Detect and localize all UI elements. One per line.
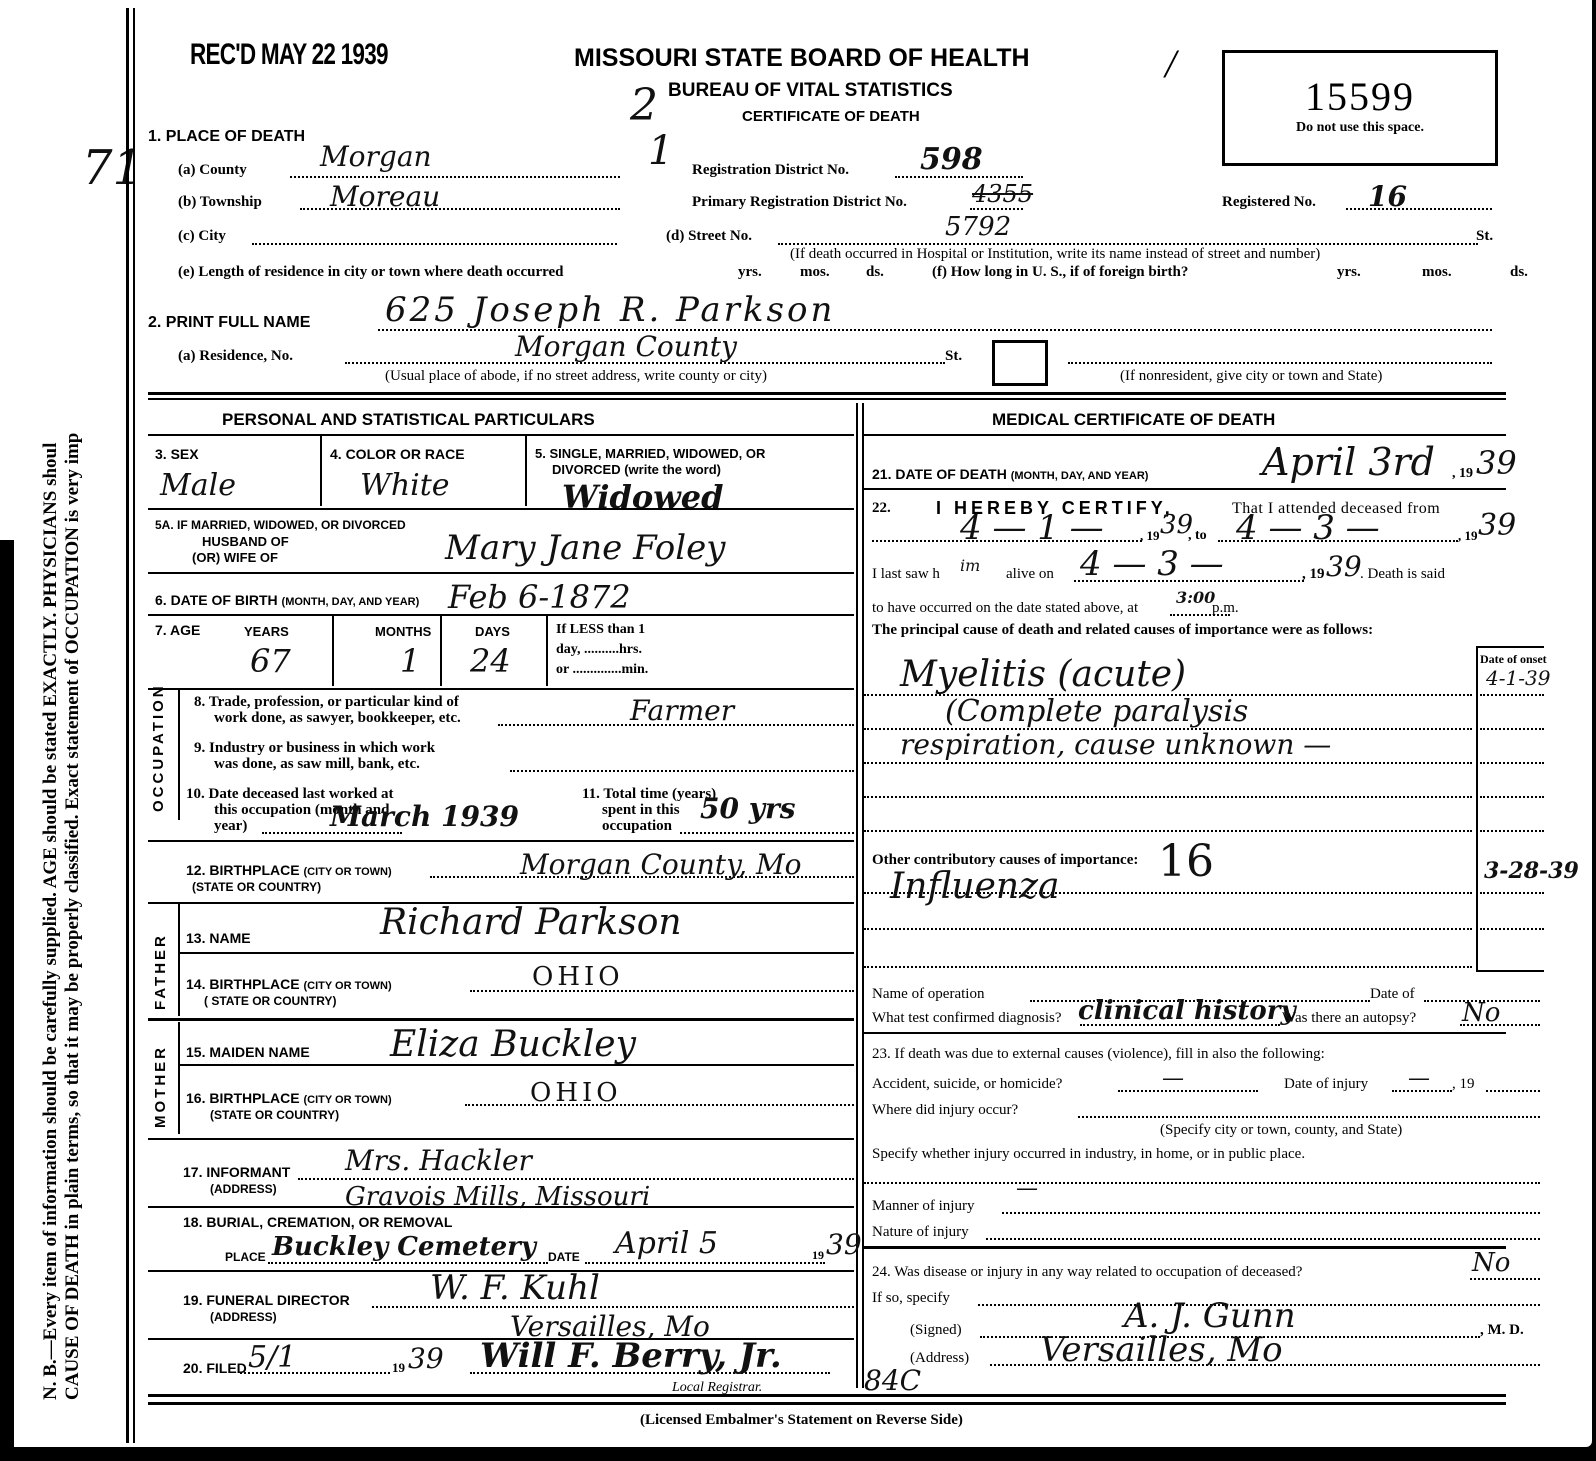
divider	[332, 616, 334, 686]
ds-label: ds.	[866, 264, 884, 281]
trade-label: 8. Trade, profession, or particular kind…	[194, 694, 459, 711]
injury-place-type-label: Specify whether injury occurred in indus…	[872, 1146, 1305, 1163]
registrar-signature: Will F. Berry, Jr.	[480, 1336, 782, 1376]
rule	[148, 614, 854, 616]
injury-year-field[interactable]	[1486, 1090, 1540, 1092]
accident-value: —	[1162, 1066, 1184, 1091]
cause-intro: The principal cause of death and related…	[872, 622, 1373, 639]
street-note: (If death occurred in Hospital or Instit…	[790, 246, 1320, 263]
residence-value: Morgan County	[515, 330, 737, 363]
last-saw-pronoun: im	[960, 556, 980, 575]
autopsy-value: No	[1462, 998, 1500, 1028]
date-of-death-value: April 3rd	[1262, 440, 1435, 484]
operation-date-label: Date of	[1370, 986, 1415, 1003]
accident-label: Accident, suicide, or homicide?	[872, 1076, 1062, 1093]
cause-line-3[interactable]	[864, 762, 1472, 764]
time-of-death-label: to have occurred on the date stated abov…	[872, 600, 1138, 617]
rule	[148, 840, 854, 842]
township-value: Moreau	[330, 180, 440, 213]
total-time-label: 11. Total time (years)	[582, 786, 716, 803]
birthplace-value: Morgan County, Mo	[520, 848, 802, 881]
occupation-side-label: OCCUPATION	[150, 683, 167, 812]
injury-location-field[interactable]	[1078, 1116, 1540, 1118]
rule	[864, 488, 1506, 490]
file-note: Do not use this space.	[1225, 120, 1495, 136]
funeral-address-label: (ADDRESS)	[210, 1310, 277, 1324]
last-saw-year-prefix: , 19	[1302, 566, 1325, 583]
onset-line-1[interactable]	[1480, 694, 1544, 696]
if-so-specify-label: If so, specify	[872, 1290, 950, 1307]
city-label: (c) City	[178, 228, 226, 245]
mother-name-value: Eliza Buckley	[390, 1024, 636, 1065]
burial-year-prefix: 19	[812, 1248, 824, 1263]
divider	[178, 1022, 180, 1134]
time-of-death-value: 3:00	[1176, 588, 1215, 607]
embalmer-note: (Licensed Embalmer's Statement on Revers…	[640, 1412, 963, 1429]
burial-date-value: April 5	[615, 1226, 718, 1261]
md-label: , M. D.	[1480, 1322, 1524, 1339]
attended-to-value: 4 — 3 —	[1236, 508, 1380, 548]
burial-year-value: 39	[826, 1228, 862, 1261]
cause-line-4[interactable]	[864, 796, 1472, 798]
burial-place-label: PLACE	[225, 1250, 266, 1264]
total-time-field[interactable]	[680, 832, 854, 834]
occupation-related-value: No	[1472, 1248, 1510, 1278]
divider	[440, 616, 442, 686]
to-year-value: 39	[1478, 508, 1516, 543]
onset-label: Date of onset	[1480, 652, 1547, 667]
medical-heading: MEDICAL CERTIFICATE OF DEATH	[992, 410, 1275, 430]
father-name-label: 13. NAME	[186, 930, 251, 946]
divider	[546, 616, 548, 686]
trade-value: Farmer	[630, 694, 734, 727]
birthplace-label-text: 12. BIRTHPLACE	[186, 862, 300, 878]
primary-registration-label: Primary Registration District No.	[692, 194, 907, 211]
annotation-mark: 2	[630, 80, 658, 131]
full-name-value: 625 Joseph R. Parkson	[385, 290, 835, 330]
wife-of-label: (OR) WIFE OF	[192, 550, 278, 565]
rule	[864, 434, 1506, 436]
rule	[148, 1402, 1506, 1405]
dob-sub: (MONTH, DAY, AND YEAR)	[282, 596, 420, 608]
rule	[148, 688, 854, 690]
residence-label: (a) Residence, No.	[178, 348, 293, 365]
father-birthplace-label: 14. BIRTHPLACE (CITY OR TOWN)	[186, 976, 392, 992]
other-onset-line-2[interactable]	[1480, 928, 1544, 930]
father-birthplace-label-text: 14. BIRTHPLACE	[186, 976, 300, 992]
residence-box	[992, 340, 1048, 386]
marital-label-sub: DIVORCED (write the word)	[552, 462, 721, 477]
father-birthplace-value: OHIO	[532, 962, 624, 992]
occupation-related-field[interactable]	[1470, 1278, 1540, 1280]
primary-registration-value: 4355	[972, 180, 1033, 208]
sex-label: 3. SEX	[155, 446, 199, 462]
spouse-value: Mary Jane Foley	[445, 528, 725, 568]
frame-left-outer	[126, 8, 129, 1443]
minutes-label: or ..............min.	[556, 662, 648, 678]
dod-label-text: 21. DATE OF DEATH	[872, 466, 1007, 482]
other-cause-value: Influenza	[890, 866, 1060, 907]
total-time-value: 50 yrs	[700, 792, 796, 825]
days-label: DAYS	[475, 624, 510, 639]
onset-line-3[interactable]	[1480, 762, 1544, 764]
burial-place-value: Buckley Cemetery	[272, 1232, 536, 1262]
industry-label: 9. Industry or business in which work	[194, 740, 435, 757]
mother-side-label: MOTHER	[152, 1045, 169, 1128]
margin-note-line2: CAUSE OF DEATH in plain terms, so that i…	[62, 433, 84, 1400]
informant-name: Mrs. Hackler	[345, 1144, 532, 1177]
birthplace-label: 12. BIRTHPLACE (CITY OR TOWN)	[186, 862, 392, 878]
onset-line-2[interactable]	[1480, 728, 1544, 730]
registered-number-value: 16	[1368, 180, 1407, 213]
full-name-label: 2. PRINT FULL NAME	[148, 314, 310, 332]
mos-label: mos.	[800, 264, 830, 281]
attended-from-value: 4 — 1 —	[960, 508, 1104, 548]
nature-label: Nature of injury	[872, 1224, 969, 1241]
filed-date-value: 5/1	[248, 1340, 296, 1375]
industry-label-sub: was done, as saw mill, bank, etc.	[214, 756, 420, 773]
cause-line-5[interactable]	[864, 830, 1472, 832]
birthplace-sub2: (STATE OR COUNTRY)	[192, 880, 321, 894]
race-value: White	[360, 468, 450, 503]
frame-left-inner	[133, 8, 135, 1443]
certificate-title: CERTIFICATE OF DEATH	[742, 108, 920, 125]
residence-suffix: St.	[945, 348, 962, 365]
burial-label: 18. BURIAL, CREMATION, OR REMOVAL	[183, 1214, 452, 1230]
divider	[178, 690, 180, 820]
onset-line-5[interactable]	[1480, 830, 1544, 832]
rule	[148, 392, 1506, 395]
less-than-label: If LESS than 1	[556, 622, 645, 638]
rule	[180, 952, 854, 954]
check-mark: /	[1165, 40, 1176, 87]
rule	[1476, 970, 1544, 972]
city-field[interactable]	[252, 243, 617, 245]
injury-place-type-field[interactable]	[864, 1182, 1540, 1184]
rule	[148, 1138, 854, 1140]
last-worked-label-year: year)	[214, 818, 247, 835]
mother-birthplace-sub2: (STATE OR COUNTRY)	[210, 1108, 339, 1122]
other-onset-line-1[interactable]	[1480, 892, 1544, 894]
certify-number: 22.	[872, 500, 891, 517]
dod-sub: (MONTH, DAY, AND YEAR)	[1011, 470, 1149, 482]
from-year-prefix: , 19	[1140, 528, 1160, 544]
physician-address-label: (Address)	[910, 1350, 969, 1367]
birthplace-sub: (CITY OR TOWN)	[303, 866, 391, 878]
manner-field[interactable]	[1002, 1212, 1540, 1214]
primary-registration-field[interactable]	[970, 208, 1023, 210]
marital-value: Widowed	[562, 478, 724, 516]
principal-cause-1: Myelitis (acute)	[900, 654, 1186, 695]
document-title: MISSOURI STATE BOARD OF HEALTH	[574, 44, 1030, 73]
nonresident-note: (If nonresident, give city or town and S…	[1120, 368, 1382, 385]
file-number: 15599	[1225, 73, 1495, 120]
residence-length-label: (e) Length of residence in city or town …	[178, 264, 564, 281]
alive-on-label: alive on	[1006, 566, 1054, 583]
dod-year-value: 39	[1476, 444, 1517, 482]
mother-birthplace-sub: (CITY OR TOWN)	[303, 1094, 391, 1106]
mother-birthplace-label-text: 16. BIRTHPLACE	[186, 1090, 300, 1106]
file-number-box: 15599 Do not use this space.	[1222, 50, 1498, 166]
to-year-prefix: , 19	[1458, 528, 1478, 544]
nature-field[interactable]	[986, 1238, 1540, 1240]
registered-number-label: Registered No.	[1222, 194, 1316, 211]
last-saw-label: I last saw h	[872, 566, 940, 583]
time-suffix: p.m.	[1212, 600, 1239, 617]
county-field[interactable]	[290, 176, 620, 178]
principal-cause-3: respiration, cause unknown —	[900, 728, 1331, 761]
dob-label: 6. DATE OF BIRTH (MONTH, DAY, AND YEAR)	[155, 592, 419, 608]
occupation-related-label: 24. Was disease or injury in any way rel…	[872, 1264, 1302, 1281]
received-stamp: REC'D MAY 22 1939	[190, 38, 388, 72]
funeral-director-label: 19. FUNERAL DIRECTOR	[183, 1292, 350, 1308]
diagnosis-test-label: What test confirmed diagnosis?	[872, 1010, 1062, 1027]
death-certificate-page: N. B.—Every item of information should b…	[0, 0, 1592, 1447]
foreign-mos-label: mos.	[1422, 264, 1452, 281]
operation-label: Name of operation	[872, 986, 984, 1003]
street-field[interactable]	[778, 243, 1478, 245]
registration-district-label: Registration District No.	[692, 162, 849, 179]
mother-birthplace-label: 16. BIRTHPLACE (CITY OR TOWN)	[186, 1090, 392, 1106]
injury-location-label: Where did injury occur?	[872, 1102, 1018, 1119]
divider	[320, 436, 322, 506]
father-side-label: FATHER	[152, 933, 169, 1010]
dob-value: Feb 6-1872	[448, 578, 631, 616]
mother-birthplace-value: OHIO	[530, 1078, 622, 1108]
total-time-label-sub: spent in this	[602, 802, 680, 819]
divider	[178, 904, 180, 1016]
injury-location-note: (Specify city or town, county, and State…	[1160, 1122, 1402, 1139]
funeral-director-name: W. F. Kuhl	[430, 1268, 600, 1308]
injury-date-value: —	[1408, 1066, 1430, 1091]
street-label: (d) Street No.	[666, 228, 752, 245]
street-suffix: St.	[1476, 228, 1493, 245]
last-saw-date-value: 4 — 3 —	[1080, 544, 1224, 584]
manner-label: Manner of injury	[872, 1198, 974, 1215]
informant-label: 17. INFORMANT	[183, 1164, 290, 1180]
rule	[148, 398, 1506, 400]
filed-year-value: 39	[408, 1342, 444, 1375]
father-birthplace-sub2: ( STATE OR COUNTRY)	[204, 994, 336, 1008]
annotation-mark: 1	[648, 128, 673, 174]
rule	[864, 1032, 1506, 1034]
husband-of-label: HUSBAND OF	[202, 534, 289, 549]
registration-district-value: 598	[920, 142, 983, 177]
diagnosis-test-value: clinical history	[1078, 996, 1296, 1026]
foreign-birth-label: (f) How long in U. S., if of foreign bir…	[932, 264, 1188, 281]
rule	[148, 434, 854, 436]
industry-field[interactable]	[510, 770, 854, 772]
father-birthplace-sub: (CITY OR TOWN)	[303, 980, 391, 992]
age-label: 7. AGE	[155, 622, 200, 638]
dod-year-prefix: , 19	[1452, 466, 1473, 482]
foreign-ds-label: ds.	[1510, 264, 1528, 281]
burial-place-field[interactable]	[268, 1262, 548, 1264]
county-value: Morgan	[320, 140, 432, 173]
foreign-yrs-label: yrs.	[1337, 264, 1361, 281]
mother-name-label: 15. MAIDEN NAME	[186, 1044, 310, 1060]
manner-value: —	[1016, 1176, 1038, 1201]
burial-date-field[interactable]	[585, 1262, 825, 1264]
months-value: 1	[400, 642, 420, 680]
external-causes-label: 23. If death was due to external causes …	[872, 1046, 1325, 1063]
dob-label-text: 6. DATE OF BIRTH	[155, 592, 278, 608]
burial-date-label: DATE	[548, 1250, 580, 1264]
other-causes-mark: 16	[1158, 836, 1214, 887]
scan-edge	[0, 540, 14, 1461]
years-value: 67	[250, 642, 291, 680]
marital-label: 5. SINGLE, MARRIED, WIDOWED, OR	[535, 446, 765, 461]
sex-value: Male	[160, 468, 236, 503]
informant-address-label: (ADDRESS)	[210, 1182, 277, 1196]
other-cause-line-3[interactable]	[864, 966, 1472, 968]
rule	[148, 1206, 854, 1208]
principal-cause-2: (Complete paralysis	[945, 694, 1248, 729]
margin-note-line1: N. B.—Every item of information should b…	[40, 433, 62, 1400]
personal-heading: PERSONAL AND STATISTICAL PARTICULARS	[222, 410, 595, 430]
rule	[148, 1018, 854, 1021]
street-value: 5792	[945, 212, 1011, 242]
nonresident-field[interactable]	[1068, 362, 1492, 364]
years-label: YEARS	[244, 624, 289, 639]
onset-column-divider	[1476, 646, 1478, 972]
attended-to-label: , to	[1188, 528, 1207, 544]
signed-label: (Signed)	[910, 1322, 962, 1339]
physician-address-value: Versailles, Mo	[1040, 1330, 1283, 1370]
hours-label: day, ..........hrs.	[556, 642, 642, 658]
months-label: MONTHS	[375, 624, 431, 639]
death-is-said-label: . Death is said	[1360, 566, 1445, 583]
rule	[1476, 646, 1544, 648]
autopsy-label: Was there an autopsy?	[1282, 1010, 1416, 1027]
last-saw-year-value: 39	[1326, 550, 1362, 583]
column-divider	[862, 403, 864, 1388]
rule	[148, 508, 854, 510]
injury-year-prefix: , 19	[1452, 1076, 1475, 1093]
rule	[864, 1246, 1506, 1249]
father-name-value: Richard Parkson	[380, 902, 682, 943]
date-of-death-label: 21. DATE OF DEATH (MONTH, DAY, AND YEAR)	[872, 466, 1148, 482]
rule	[180, 1064, 854, 1066]
residence-note: (Usual place of abode, if no street addr…	[385, 368, 767, 385]
days-value: 24	[470, 642, 511, 680]
accident-field[interactable]	[1118, 1090, 1258, 1092]
father-birthplace-field[interactable]	[470, 990, 854, 992]
divider	[525, 436, 527, 506]
onset-line-4[interactable]	[1480, 796, 1544, 798]
filed-label: 20. FILED	[183, 1360, 247, 1376]
bureau-title: BUREAU OF VITAL STATISTICS	[668, 80, 953, 102]
county-label: (a) County	[178, 162, 247, 179]
trade-label-sub: work done, as sawyer, bookkeeper, etc.	[214, 710, 461, 727]
total-time-label-occ: occupation	[602, 818, 672, 835]
spouse-label: 5A. IF MARRIED, WIDOWED, OR DIVORCED	[155, 518, 406, 532]
race-label: 4. COLOR OR RACE	[330, 446, 465, 462]
yrs-label: yrs.	[738, 264, 762, 281]
onset-date-1: 4-1-39	[1486, 666, 1550, 690]
filed-annotation: 84C	[864, 1364, 921, 1397]
mother-birthplace-field[interactable]	[465, 1104, 854, 1106]
place-of-death-heading: 1. PLACE OF DEATH	[148, 128, 305, 146]
filed-year-prefix: 19	[392, 1360, 405, 1376]
township-label: (b) Township	[178, 194, 262, 211]
margin-instructions: N. B.—Every item of information should b…	[40, 433, 84, 1400]
other-onset-date: 3-28-39	[1484, 858, 1579, 884]
informant-field[interactable]	[298, 1178, 854, 1180]
rule	[148, 572, 854, 574]
rule	[148, 1394, 1506, 1397]
last-worked-value: March 1939	[330, 800, 519, 833]
injury-date-label: Date of injury	[1284, 1076, 1368, 1093]
other-cause-line-2[interactable]	[864, 928, 1472, 930]
